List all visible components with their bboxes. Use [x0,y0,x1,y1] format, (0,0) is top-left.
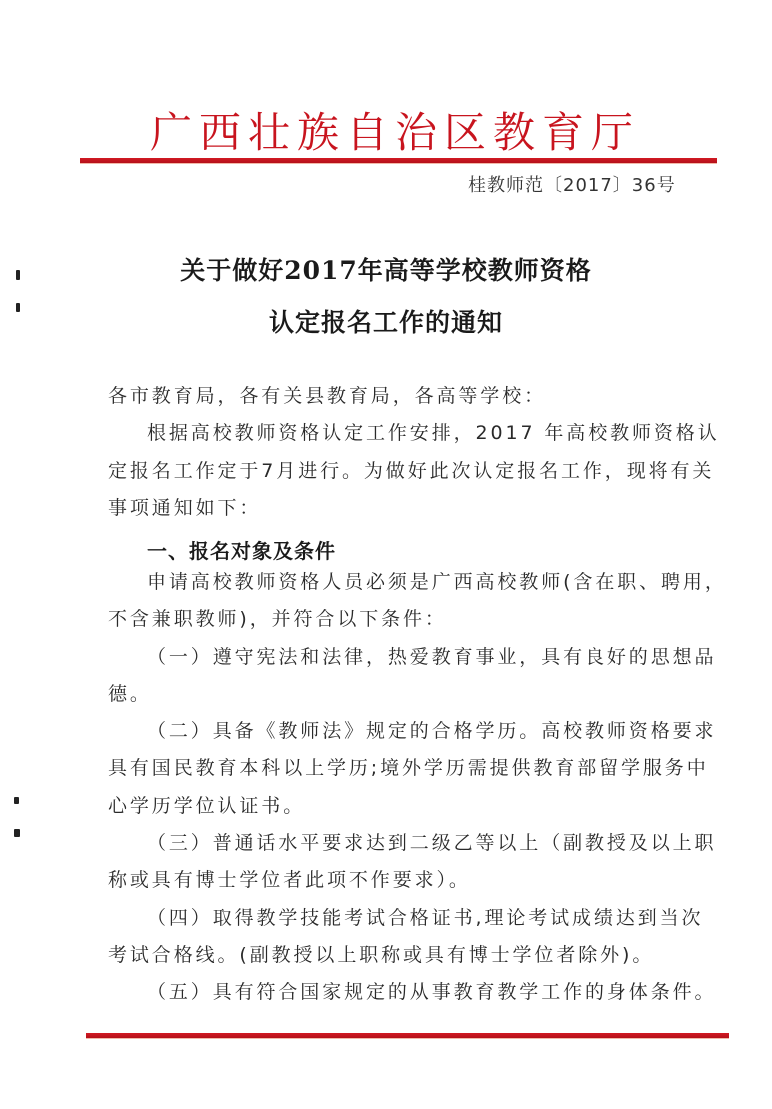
condition-line: 考试合格线。(副教授以上职称或具有博士学位者除外)。 [108,937,728,974]
scan-mark [16,270,20,280]
header-red-rule [80,158,717,163]
section-intro-line: 不含兼职教师)，并符合以下条件： [108,601,728,638]
condition-line: （二）具备《教师法》规定的合格学历。高校教师资格要求 [108,713,728,750]
scan-mark [14,829,20,837]
section-body: 申请高校教师资格人员必须是广西高校教师(含在职、聘用， 不含兼职教师)，并符合以… [108,564,728,1012]
condition-line: 称或具有博士学位者此项不作要求）。 [108,862,728,899]
scan-mark [16,303,20,312]
condition-line: 心学历学位认证书。 [108,788,728,825]
document-number: 桂教师范〔2017〕36号 [468,171,676,197]
document-title-line-1: 关于做好2017年高等学校教师资格 [100,251,672,287]
intro-line: 定报名工作定于7月进行。为做好此次认定报名工作，现将有关 [108,453,728,490]
issuer-masthead: 广西壮族自治区教育厅 [150,100,650,160]
salutation: 各市教育局，各有关县教育局，各高等学校： [108,378,728,415]
section-heading: 一、报名对象及条件 [147,535,336,564]
condition-line: 德。 [108,676,728,713]
condition-line: （五）具有符合国家规定的从事教育教学工作的身体条件。 [108,974,728,1011]
footer-red-rule [86,1033,729,1038]
condition-line: （三）普通话水平要求达到二级乙等以上（副教授及以上职 [108,825,728,862]
condition-line: （一）遵守宪法和法律，热爱教育事业，具有良好的思想品 [108,639,728,676]
section-intro-line: 申请高校教师资格人员必须是广西高校教师(含在职、聘用， [108,564,728,601]
intro-line: 事项通知如下： [108,490,728,527]
condition-line: （四）取得教学技能考试合格证书,理论考试成绩达到当次 [108,900,728,937]
body-text: 各市教育局，各有关县教育局，各高等学校： 根据高校教师资格认定工作安排，2017… [108,378,728,527]
condition-line: 具有国民教育本科以上学历;境外学历需提供教育部留学服务中 [108,750,728,787]
document-title-line-2: 认定报名工作的通知 [100,303,672,339]
intro-line: 根据高校教师资格认定工作安排，2017 年高校教师资格认 [108,415,728,452]
scan-mark [14,797,19,804]
